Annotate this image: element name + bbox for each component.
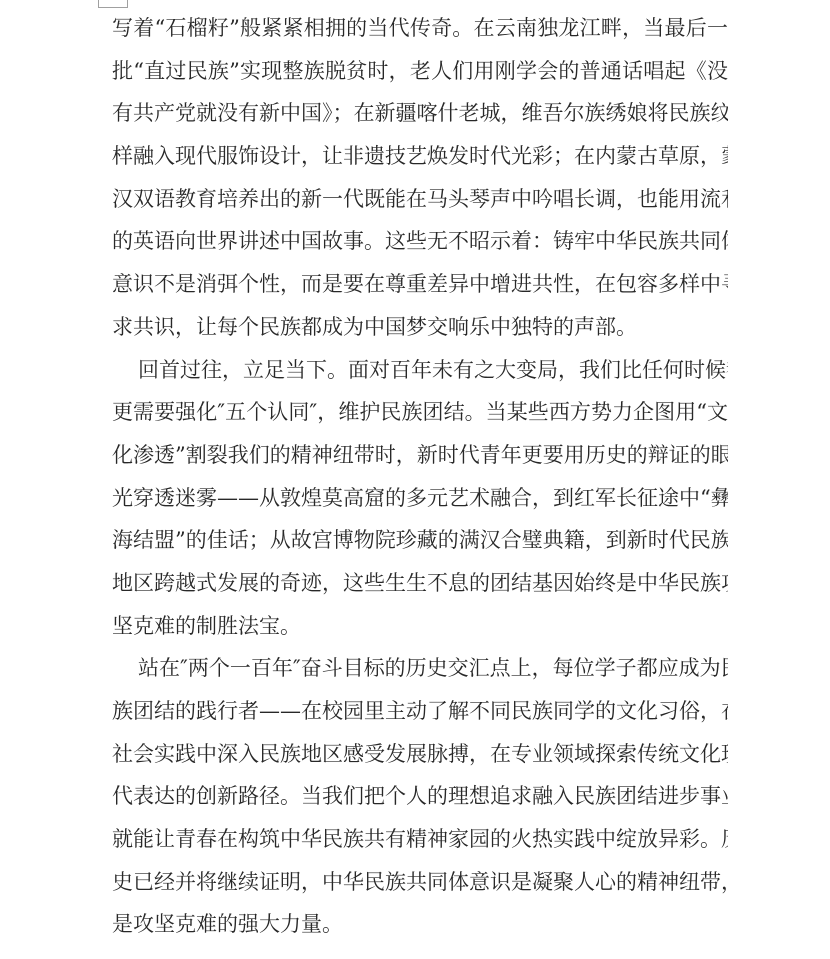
text-line: 就能让青春在构筑中华民族共有精神家园的火热实践中绽放异彩。历 — [112, 818, 728, 861]
text-line: 汉双语教育培养出的新一代既能在马头琴声中吟唱长调，也能用流利 — [112, 178, 728, 221]
text-line: 有共产党就没有新中国》；在新疆喀什老城，维吾尔族绣娘将民族纹 — [112, 92, 728, 135]
text-line: 地区跨越式发展的奇迹，这些生生不息的团结基因始终是中华民族攻 — [112, 562, 728, 605]
text-line: 更需要强化″五个认同″，维护民族团结。当某些西方势力企图用“文 — [112, 391, 728, 434]
text-line: 求共识，让每个民族都成为中国梦交响乐中独特的声部。 — [112, 306, 728, 349]
paragraph: 写着“石榴籽”般紧紧相拥的当代传奇。在云南独龙江畔，当最后一批“直过民族”实现整… — [112, 7, 728, 349]
text-line: 站在″两个一百年″奋斗目标的历史交汇点上，每位学子都应成为民 — [112, 647, 728, 690]
text-line: 写着“石榴籽”般紧紧相拥的当代传奇。在云南独龙江畔，当最后一 — [112, 7, 728, 50]
text-line: 是攻坚克难的强大力量。 — [112, 903, 728, 946]
text-line: 族团结的践行者——在校园里主动了解不同民族同学的文化习俗，在 — [112, 690, 728, 733]
text-line: 化渗透”割裂我们的精神纽带时，新时代青年更要用历史的辩证的眼 — [112, 434, 728, 477]
document-page: 写着“石榴籽”般紧紧相拥的当代传奇。在云南独龙江畔，当最后一批“直过民族”实现整… — [0, 0, 830, 959]
text-line: 史已经并将继续证明，中华民族共同体意识是凝聚人心的精神纽带， — [112, 861, 728, 904]
text-line: 代表达的创新路径。当我们把个人的理想追求融入民族团结进步事业， — [112, 775, 728, 818]
text-line: 批“直过民族”实现整族脱贫时，老人们用刚学会的普通话唱起《没 — [112, 50, 728, 93]
text-line: 社会实践中深入民族地区感受发展脉搏，在专业领域探索传统文化现 — [112, 733, 728, 776]
text-line: 样融入现代服饰设计，让非遗技艺焕发时代光彩；在内蒙古草原，蒙 — [112, 135, 728, 178]
document-body[interactable]: 写着“石榴籽”般紧紧相拥的当代传奇。在云南独龙江畔，当最后一批“直过民族”实现整… — [112, 7, 728, 946]
text-line: 坚克难的制胜法宝。 — [112, 605, 728, 648]
text-line: 光穿透迷雾——从敦煌莫高窟的多元艺术融合，到红军长征途中“彝 — [112, 477, 728, 520]
text-line: 回首过往，立足当下。面对百年未有之大变局，我们比任何时候都 — [112, 349, 728, 392]
paragraph: 回首过往，立足当下。面对百年未有之大变局，我们比任何时候都更需要强化″五个认同″… — [112, 349, 728, 648]
text-line: 意识不是消弭个性，而是要在尊重差异中增进共性，在包容多样中寻 — [112, 263, 728, 306]
paragraph: 站在″两个一百年″奋斗目标的历史交汇点上，每位学子都应成为民族团结的践行者——在… — [112, 647, 728, 946]
text-line: 海结盟”的佳话；从故宫博物院珍藏的满汉合璧典籍，到新时代民族 — [112, 519, 728, 562]
text-line: 的英语向世界讲述中国故事。这些无不昭示着：铸牢中华民族共同体 — [112, 220, 728, 263]
